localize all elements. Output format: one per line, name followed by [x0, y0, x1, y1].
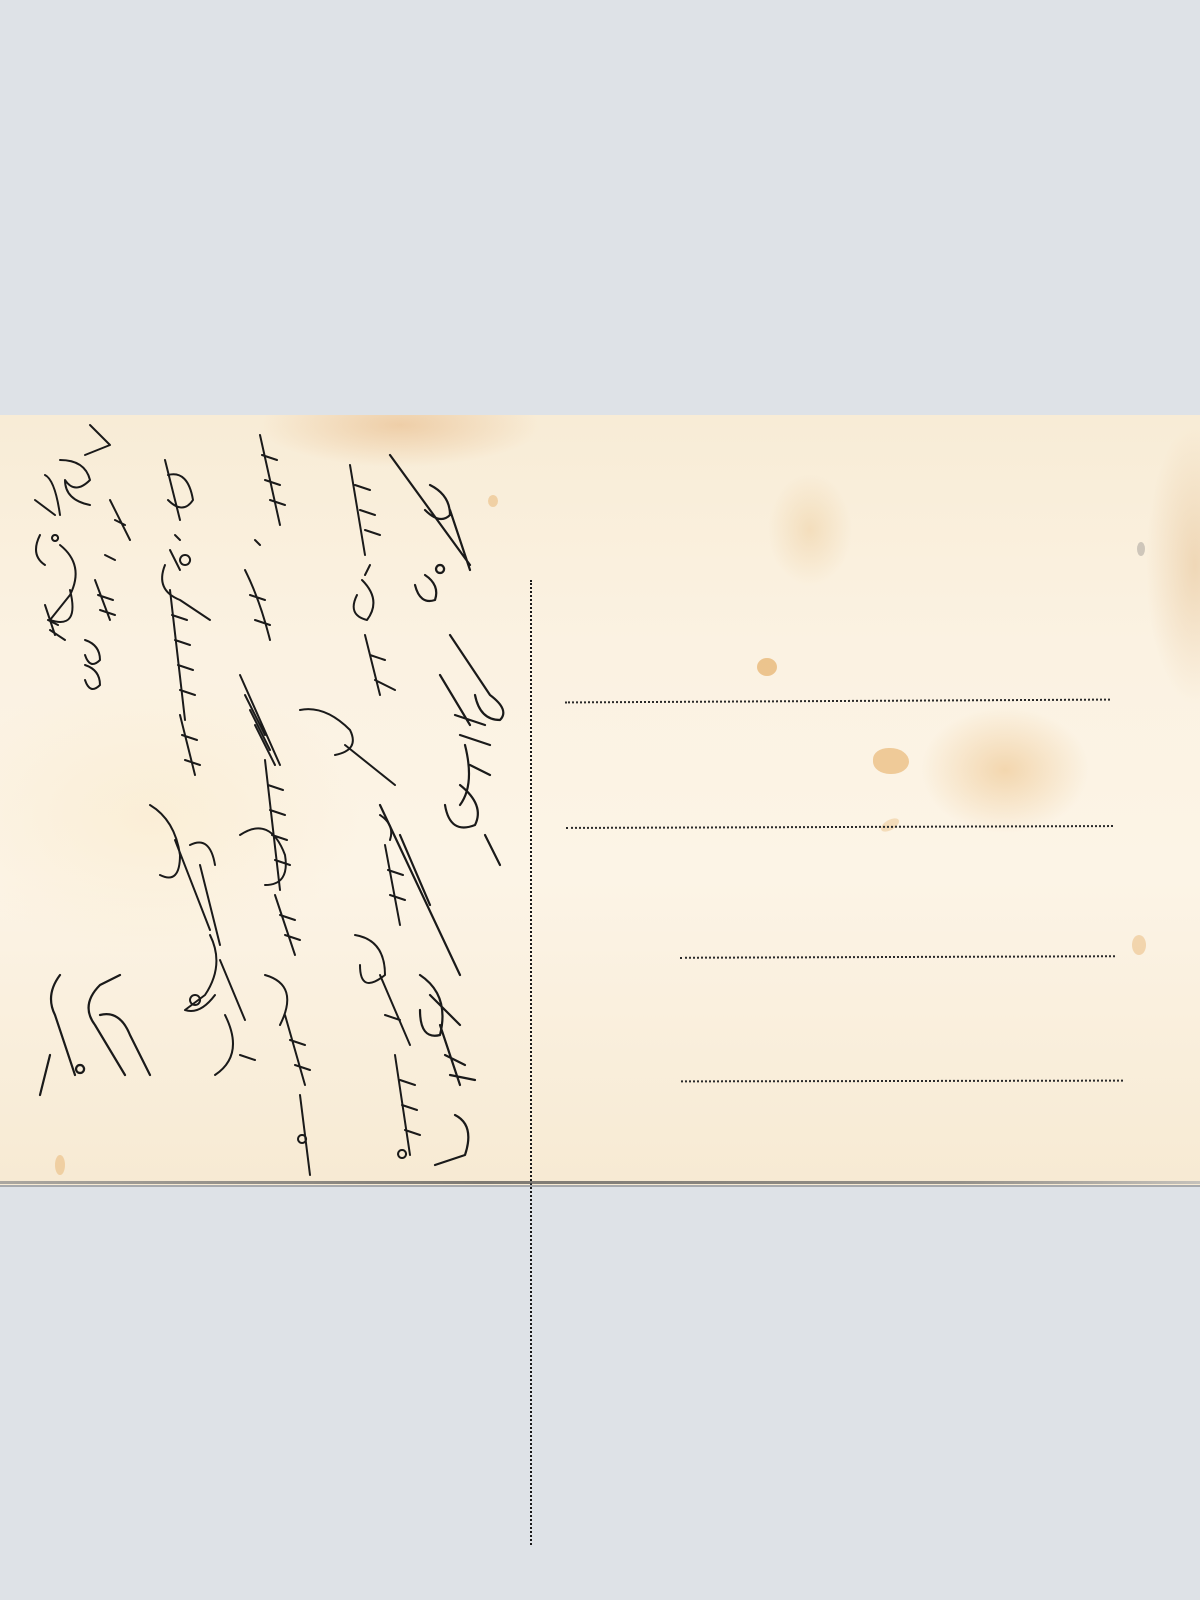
message-line-2 [300, 465, 420, 1158]
address-line-2 [566, 825, 1113, 829]
stain-spot [873, 748, 909, 774]
address-line-1 [565, 699, 1110, 704]
message-line-4 [150, 460, 255, 1075]
address-line-3 [680, 955, 1115, 959]
signature-flourish [40, 975, 150, 1095]
stain-spot [1137, 542, 1145, 556]
stain-spot [1132, 935, 1146, 955]
image-viewer: 30 Juli 1932 Hans Georg German Kurrent (… [0, 0, 1200, 1600]
address-line-4 [681, 1080, 1123, 1083]
stain-spot [757, 658, 777, 676]
handwritten-message [0, 415, 530, 1185]
postcard-edge-shadow [0, 1181, 1200, 1184]
message-address-divider [530, 580, 532, 1545]
message-line-5 [85, 500, 130, 689]
postcard-back: 30 Juli 1932 Hans Georg German Kurrent (… [0, 415, 1200, 1185]
message-line-1 [380, 455, 503, 1165]
message-line-3 [240, 435, 310, 1175]
message-line-6 [35, 425, 110, 640]
